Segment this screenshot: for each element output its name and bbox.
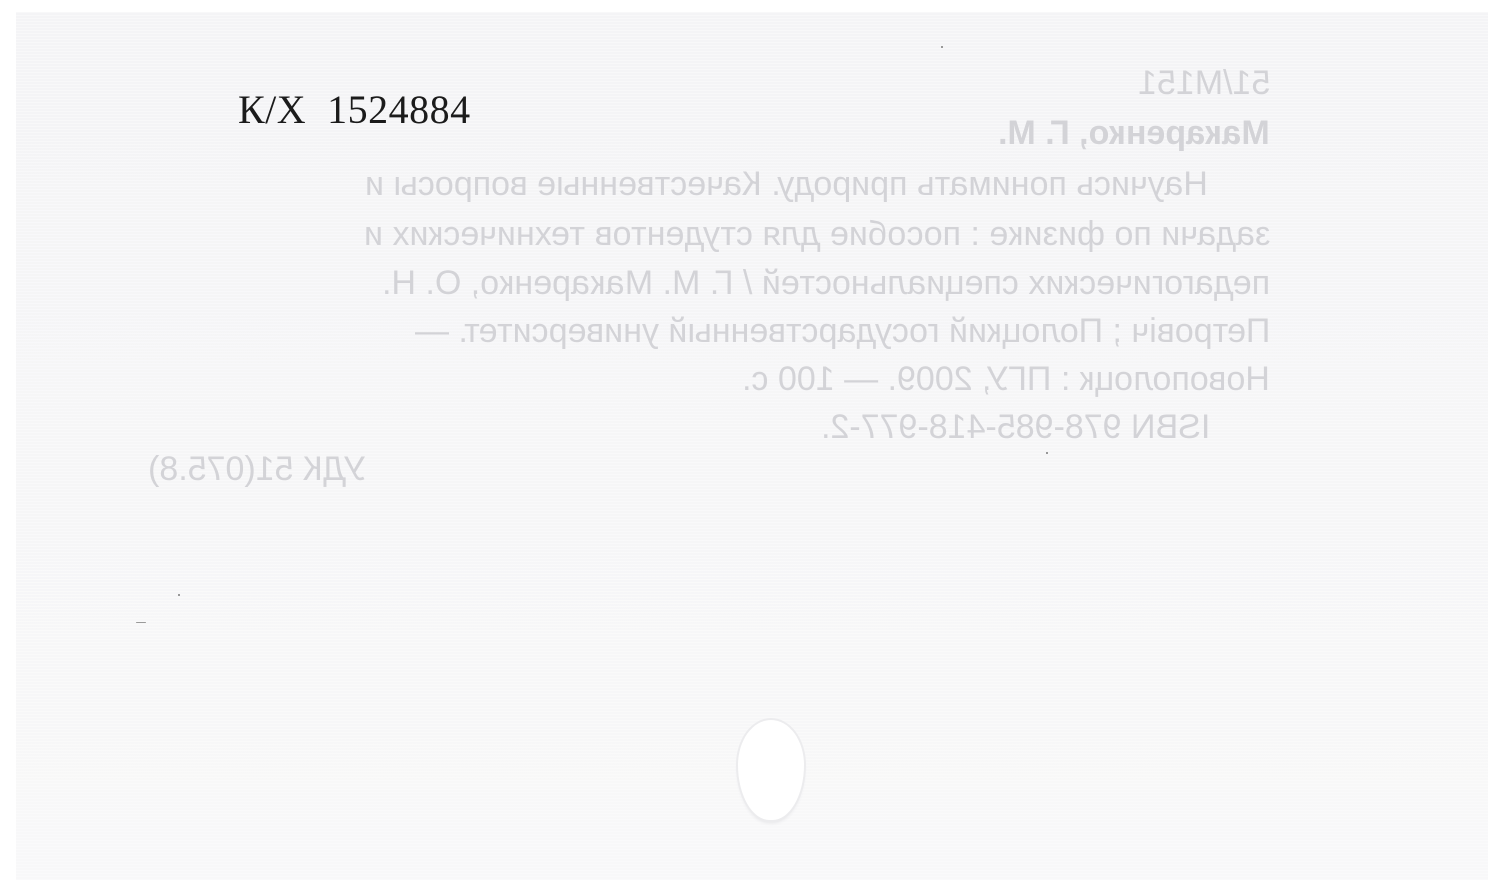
dust-speck (136, 622, 146, 623)
bleed-line-authors: педагогических специальностей / Г. М. Ма… (382, 264, 1270, 303)
bleed-author: Макаренко, Г. М. (998, 114, 1270, 153)
bleed-udc: УДК 51(075.8) (148, 450, 366, 489)
punch-hole (738, 720, 804, 820)
dust-speck (178, 594, 180, 596)
bleed-line-imprint: Новополоцк : ПГУ, 2009. — 100 с. (742, 360, 1270, 399)
bleed-line-publisher: Петровіч ; Полоцкий государственный унив… (415, 312, 1270, 351)
catalog-card: К/Х 1524884 51/M151 Макаренко, Г. М. Нау… (16, 12, 1488, 880)
bleed-line-title: Научись понимать природу. Качественные в… (365, 165, 1208, 204)
bleed-line-isbn: ISBN 978-985-418-977-2. (821, 408, 1210, 447)
inventory-number: К/Х 1524884 (238, 86, 471, 133)
dust-speck (1046, 452, 1048, 454)
bleed-line-subtitle: задачи по физике : пособие для студентов… (364, 215, 1270, 254)
dust-speck (941, 46, 943, 48)
bleed-call-number: 51/M151 (1138, 64, 1270, 103)
